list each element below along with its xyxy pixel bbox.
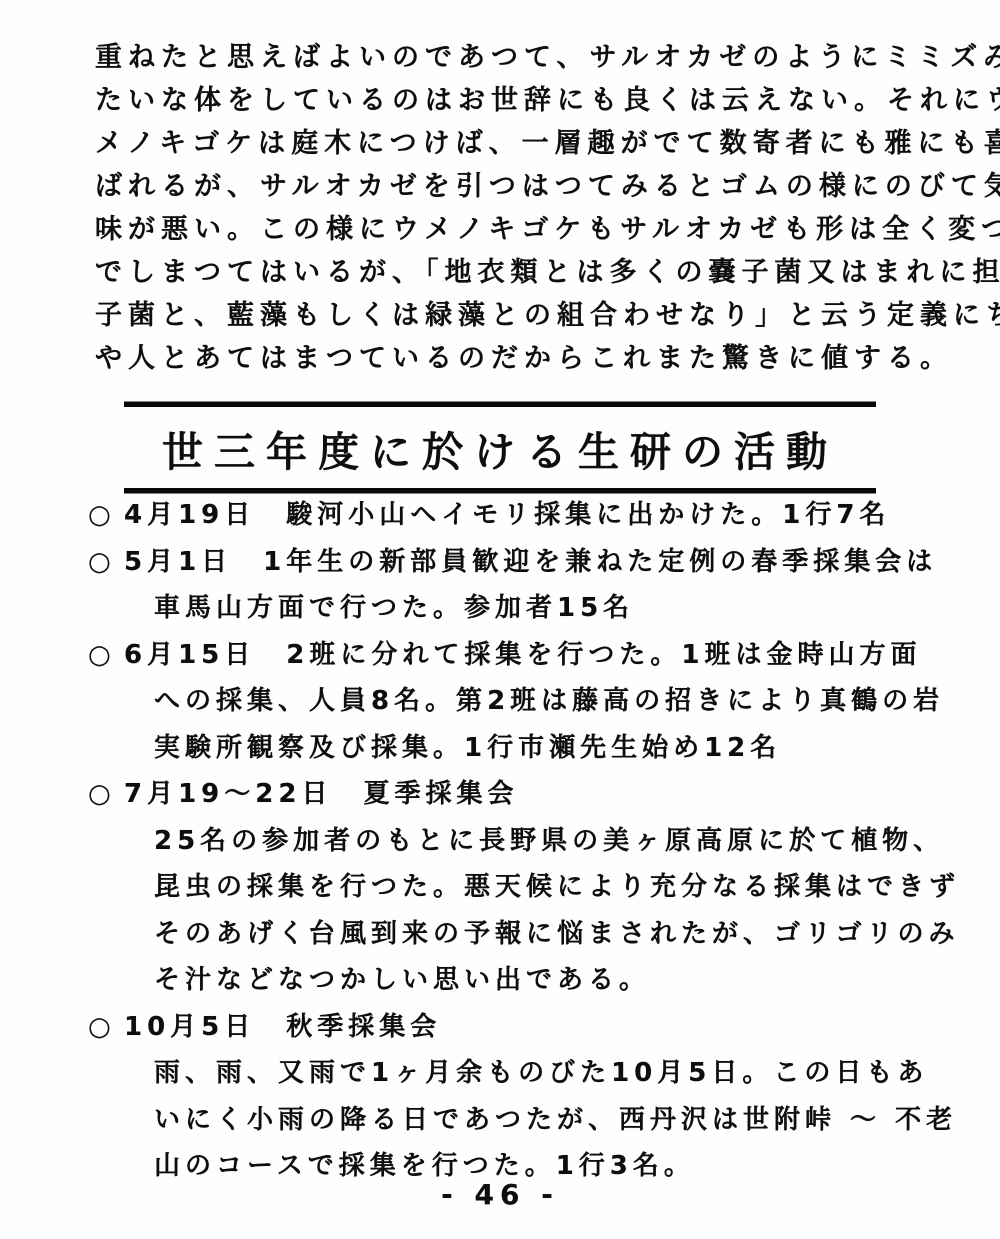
event-line: 車馬山方面で行つた。参加者15名 (88, 585, 968, 632)
section-heading-box: 世三年度に於ける生研の活動 (124, 402, 876, 493)
circle-bullet: ○ (88, 539, 124, 586)
circle-bullet: ○ (88, 771, 124, 818)
event-text: 10月5日 秋季採集会 (124, 1012, 441, 1042)
paragraph-line: や人とあてはまつているのだからこれまた驚きに値する。 (95, 337, 947, 380)
event-text: 7月19～22日 夏季採集会 (124, 779, 518, 809)
paragraph-line: たいな体をしているのはお世辞にも良くは云えない。それにウ (95, 79, 947, 122)
event-line: そ汁などなつかしい思い出である。 (88, 957, 968, 1004)
event-line: 雨、雨、又雨で1ヶ月余ものびた10月5日。この日もあ (88, 1050, 968, 1097)
event-item: ○10月5日 秋季採集会 雨、雨、又雨で1ヶ月余ものびた10月5日。この日もあ … (88, 1004, 968, 1190)
paragraph-line: 重ねたと思えばよいのであつて、サルオカゼのようにミミズみ (95, 36, 947, 79)
event-line: いにく小雨の降る日であつたが、西丹沢は世附峠 〜 不老 (88, 1097, 968, 1144)
paragraph-line: 味が悪い。この様にウメノキゴケもサルオカゼも形は全く変つ (95, 208, 947, 251)
event-line: ○4月19日 駿河小山ヘイモリ採集に出かけた。1行7名 (88, 492, 968, 539)
paragraph-line: メノキゴケは庭木につけば、一層趣がでて数寄者にも雅にも喜 (95, 122, 947, 165)
event-line: ○5月1日 1年生の新部員歓迎を兼ねた定例の春季採集会は (88, 539, 968, 586)
paragraph-line: 子菌と、藍藻もしくは緑藻との組合わせなり」と云う定義にち (95, 294, 947, 337)
section-heading-text: 世三年度に於ける生研の活動 (162, 428, 838, 476)
event-line: への採集、人員8名。第2班は藤高の招きにより真鶴の岩 (88, 678, 968, 725)
event-line: 実験所観察及び採集。1行市瀬先生始め12名 (88, 725, 968, 772)
event-line: ○7月19～22日 夏季採集会 (88, 771, 968, 818)
paragraph-line: ばれるが、サルオカゼを引つはつてみるとゴムの様にのびて気 (95, 165, 947, 208)
page-number: - 46 - (0, 1178, 1000, 1211)
event-line: 25名の参加者のもとに長野県の美ヶ原高原に於て植物、 (88, 818, 968, 865)
paragraph-line: でしまつてはいるが、「地衣類とは多くの嚢子菌又はまれに担 (95, 251, 947, 294)
event-text: 6月15日 2班に分れて採集を行つた。1班は金時山方面 (124, 640, 921, 670)
circle-bullet: ○ (88, 632, 124, 679)
event-item: ○5月1日 1年生の新部員歓迎を兼ねた定例の春季採集会は 車馬山方面で行つた。参… (88, 539, 968, 632)
event-line: 昆虫の採集を行つた。悪天候により充分なる採集はできず (88, 864, 968, 911)
event-item: ○6月15日 2班に分れて採集を行つた。1班は金時山方面 への採集、人員8名。第… (88, 632, 968, 772)
event-text: 4月19日 駿河小山ヘイモリ採集に出かけた。1行7名 (124, 500, 890, 530)
circle-bullet: ○ (88, 1004, 124, 1051)
circle-bullet: ○ (88, 492, 124, 539)
event-list: ○4月19日 駿河小山ヘイモリ採集に出かけた。1行7名 ○5月1日 1年生の新部… (88, 492, 968, 1190)
event-line: そのあげく台風到来の予報に悩まされたが、ゴリゴリのみ (88, 911, 968, 958)
document-page: 重ねたと思えばよいのであつて、サルオカゼのようにミミズみ たいな体をしているのは… (0, 0, 1000, 1239)
event-item: ○4月19日 駿河小山ヘイモリ採集に出かけた。1行7名 (88, 492, 968, 539)
section-heading: 世三年度に於ける生研の活動 (0, 402, 1000, 493)
event-line: ○10月5日 秋季採集会 (88, 1004, 968, 1051)
body-paragraph: 重ねたと思えばよいのであつて、サルオカゼのようにミミズみ たいな体をしているのは… (95, 36, 947, 380)
event-line: ○6月15日 2班に分れて採集を行つた。1班は金時山方面 (88, 632, 968, 679)
event-item: ○7月19～22日 夏季採集会 25名の参加者のもとに長野県の美ヶ原高原に於て植… (88, 771, 968, 1004)
event-text: 5月1日 1年生の新部員歓迎を兼ねた定例の春季採集会は (124, 547, 937, 577)
